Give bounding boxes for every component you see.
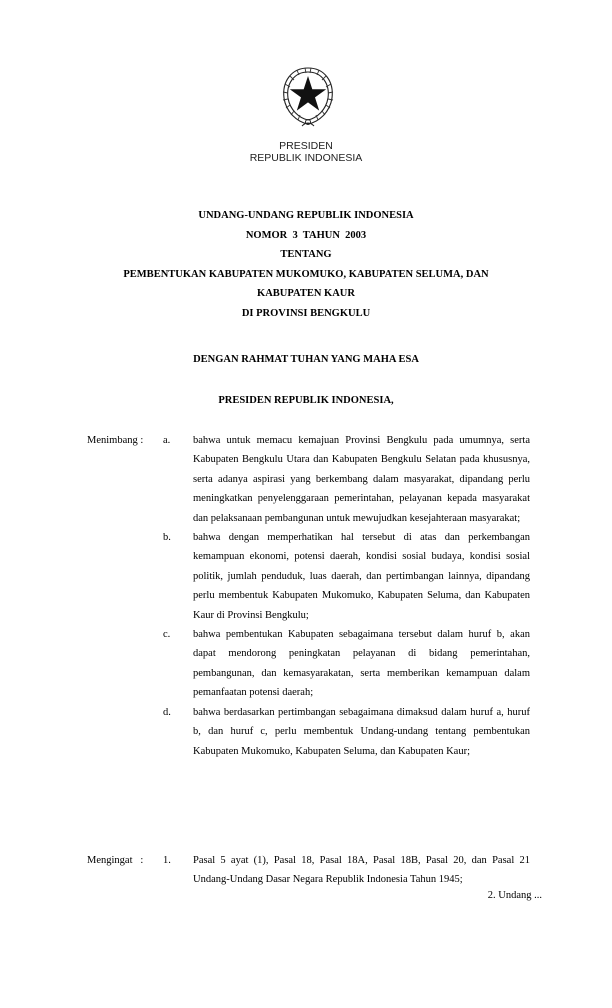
list-item: 1. Pasal 5 ayat (1), Pasal 18, Pasal 18A…	[0, 851, 612, 890]
list-item: b. bahwa dengan memperhatikan hal terseb…	[0, 528, 612, 625]
item-marker: b.	[163, 528, 171, 547]
title-subject-line3: DI PROVINSI BENGKULU	[0, 304, 612, 324]
invocation-heading: DENGAN RAHMAT TUHAN YANG MAHA ESA	[0, 354, 612, 365]
title-subject-line1: PEMBENTUKAN KABUPATEN MUKOMUKO, KABUPATE…	[0, 265, 612, 285]
item-marker: a.	[163, 431, 170, 450]
title-tentang: TENTANG	[0, 245, 612, 265]
item-marker: 1.	[163, 851, 171, 870]
document-title: UNDANG-UNDANG REPUBLIK INDONESIA NOMOR 3…	[0, 206, 612, 323]
president-heading: PRESIDEN REPUBLIK INDONESIA,	[0, 395, 612, 406]
page-continuation: 2. Undang ...	[488, 890, 542, 901]
emblem-caption-republic: REPUBLIK INDONESIA	[0, 152, 612, 164]
mengingat-section: Mengingat : 1. Pasal 5 ayat (1), Pasal 1…	[0, 851, 612, 890]
list-item: a. bahwa untuk memacu kemajuan Provinsi …	[0, 431, 612, 528]
item-text: bahwa dengan memperhatikan hal tersebut …	[193, 528, 530, 625]
list-item: c. bahwa pembentukan Kabupaten sebagaima…	[0, 625, 612, 703]
item-text: bahwa untuk memacu kemajuan Provinsi Ben…	[193, 431, 530, 528]
menimbang-section: Menimbang : a. bahwa untuk memacu kemaju…	[0, 431, 612, 761]
item-marker: c.	[163, 625, 170, 644]
title-number-year: NOMOR 3 TAHUN 2003	[0, 226, 612, 246]
title-law-type: UNDANG-UNDANG REPUBLIK INDONESIA	[0, 206, 612, 226]
emblem-caption-president: PRESIDEN	[0, 140, 612, 152]
garuda-star-emblem-icon	[277, 62, 339, 132]
item-text: bahwa berdasarkan pertimbangan sebagaima…	[193, 703, 530, 761]
item-text: bahwa pembentukan Kabupaten sebagaimana …	[193, 625, 530, 703]
item-marker: d.	[163, 703, 171, 722]
list-item: d. bahwa berdasarkan pertimbangan sebaga…	[0, 703, 612, 761]
item-text: Pasal 5 ayat (1), Pasal 18, Pasal 18A, P…	[193, 851, 530, 890]
title-subject-line2: KABUPATEN KAUR	[0, 284, 612, 304]
